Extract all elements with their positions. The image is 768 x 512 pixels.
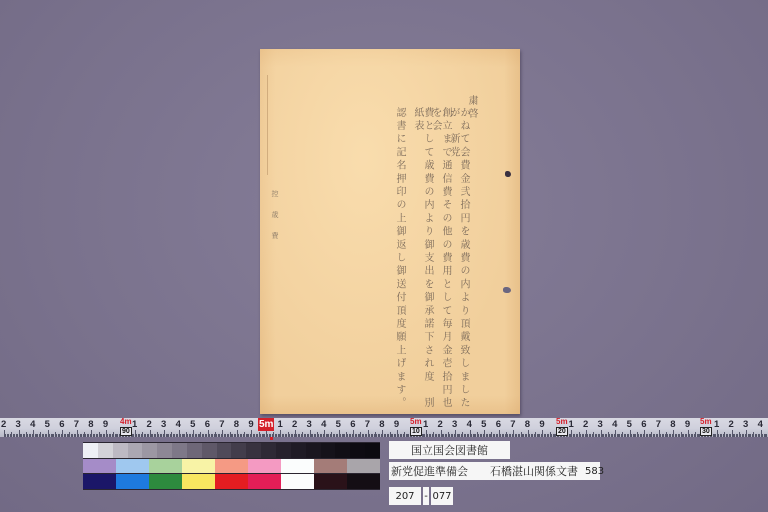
ruler-number: 1 (277, 419, 282, 430)
ruler-number: 1 (132, 419, 137, 430)
id-part-2: 077 (432, 491, 451, 502)
color-swatch (231, 443, 246, 458)
color-swatch (215, 474, 248, 489)
ruler-number: 4 (30, 419, 35, 430)
color-swatch (306, 443, 321, 458)
id-label-1: 207 (389, 487, 421, 505)
ruler-number: 3 (743, 419, 748, 430)
ruler-number: 8 (525, 419, 530, 430)
ruler-number: 8 (88, 419, 93, 430)
color-swatch (248, 459, 281, 473)
ruler-number: 6 (205, 419, 210, 430)
ruler-number: 3 (598, 419, 603, 430)
ruler-number: 7 (656, 419, 661, 430)
ruler-number: 3 (16, 419, 21, 430)
document-page: 粛啓 かねて会費金弐拾円を歳費の内より頂戴致しましたが 新党 創立まで通信費その… (260, 49, 520, 414)
ruler-number: 3 (307, 419, 312, 430)
ruler-boxed-number: 10 (410, 427, 422, 436)
ruler-number: 9 (685, 419, 690, 430)
color-swatch (182, 474, 215, 489)
color-swatch (321, 443, 336, 458)
ruler-meter-label: 4m (120, 418, 132, 426)
color-swatch (365, 443, 380, 458)
ruler-number: 5 (481, 419, 486, 430)
collection-name: 新党促進準備会 石橋湛山関係文書 (391, 463, 578, 479)
color-swatch (335, 443, 350, 458)
color-swatch (215, 459, 248, 473)
ruler-number: 7 (510, 419, 515, 430)
color-swatch (182, 459, 215, 473)
grayscale-row (83, 443, 380, 458)
color-swatch (128, 443, 143, 458)
id-part-1: 207 (395, 491, 414, 502)
ruler-meter-label: 5m (410, 418, 422, 426)
ruler-boxed-number: 20 (556, 427, 568, 436)
binding-line (267, 75, 268, 175)
ruler-number: 2 (729, 419, 734, 430)
color-swatch (116, 459, 149, 473)
paper-hole-2 (503, 287, 511, 293)
margin-note: 控歳費 (270, 190, 280, 253)
ruler-number: 8 (379, 419, 384, 430)
color-swatch (314, 474, 347, 489)
ruler-boxed-number: 90 (120, 427, 132, 436)
ruler-number: 4 (758, 419, 763, 430)
paper-hole-1 (505, 171, 511, 177)
color-swatch (157, 443, 172, 458)
ruler-number: 6 (350, 419, 355, 430)
color-swatch (261, 443, 276, 458)
color-swatch (276, 443, 291, 458)
ruler-number: 5 (336, 419, 341, 430)
ruler-number: 9 (248, 419, 253, 430)
ruler-number: 1 (714, 419, 719, 430)
ruler-number: 2 (147, 419, 152, 430)
ruler-number: 1 (568, 419, 573, 430)
color-swatch (347, 474, 380, 489)
color-swatch (98, 443, 113, 458)
collection-label: 新党促進準備会 石橋湛山関係文書 583 (389, 462, 600, 480)
ruler-number: 2 (583, 419, 588, 430)
ruler-number: 6 (641, 419, 646, 430)
ruler-number: 3 (452, 419, 457, 430)
measuring-ruler: 2345678912345678912345678912345678912345… (0, 418, 768, 437)
color-swatch (314, 459, 347, 473)
text-column-3: 創立まで通信費その他の費用として毎月金壱拾円也を会 (430, 107, 450, 414)
text-column-5: 認書に記名押印の上御返し御送付頂度願上げます。 (394, 107, 404, 411)
color-swatch (83, 459, 116, 473)
color-swatch (187, 443, 202, 458)
color-swatch (83, 443, 98, 458)
color-swatch (248, 474, 281, 489)
text-column-4: 費として歳費の内より御支出を御承諾下され度 別紙表 (412, 107, 432, 414)
collection-number: 583 (585, 466, 604, 477)
color-swatch (149, 459, 182, 473)
ruler-number: 4 (467, 419, 472, 430)
ruler-number: 4 (321, 419, 326, 430)
color-swatch (281, 459, 314, 473)
ruler-number: 7 (74, 419, 79, 430)
id-separator-text: - (424, 491, 428, 502)
ruler-meter-label: 5m (556, 418, 568, 426)
color-swatch (217, 443, 232, 458)
color-swatch (113, 443, 128, 458)
color-swatch (116, 474, 149, 489)
color-swatch (347, 459, 380, 473)
ruler-meter-marker: 5m (258, 418, 274, 431)
ruler-number: 4 (176, 419, 181, 430)
ruler-number: 4 (612, 419, 617, 430)
ruler-number: 8 (234, 419, 239, 430)
id-separator: - (423, 487, 429, 505)
color-swatch (202, 443, 217, 458)
dark-color-row (83, 474, 380, 489)
ruler-number: 2 (1, 419, 6, 430)
library-name: 国立国会図書館 (411, 442, 488, 458)
light-color-row (83, 459, 380, 473)
ruler-number: 3 (161, 419, 166, 430)
color-swatch (350, 443, 365, 458)
ruler-number: 5 (190, 419, 195, 430)
text-column-2: かねて会費金弐拾円を歳費の内より頂戴致しましたが 新党 (448, 107, 468, 414)
color-swatch (83, 474, 116, 489)
library-label: 国立国会図書館 (389, 441, 510, 459)
ruler-number: 5 (627, 419, 632, 430)
ruler-number: 2 (292, 419, 297, 430)
id-label-2: 077 (431, 487, 453, 505)
ruler-meter-label: 5m (700, 418, 712, 426)
color-swatch (246, 443, 261, 458)
ruler-number: 6 (59, 419, 64, 430)
ruler-number: 2 (438, 419, 443, 430)
ruler-number: 6 (496, 419, 501, 430)
ruler-number: 1 (423, 419, 428, 430)
ruler-number: 9 (103, 419, 108, 430)
color-swatch (172, 443, 187, 458)
ruler-number: 9 (394, 419, 399, 430)
color-calibration-chart (83, 442, 380, 490)
color-swatch (291, 443, 306, 458)
ruler-number: 7 (219, 419, 224, 430)
color-swatch (281, 474, 314, 489)
ruler-number: 9 (539, 419, 544, 430)
ruler-number: 8 (670, 419, 675, 430)
ruler-number: 5 (45, 419, 50, 430)
color-swatch (149, 474, 182, 489)
color-swatch (142, 443, 157, 458)
ruler-number: 7 (365, 419, 370, 430)
ruler-red-dot (270, 437, 273, 440)
ruler-boxed-number: 30 (700, 427, 712, 436)
